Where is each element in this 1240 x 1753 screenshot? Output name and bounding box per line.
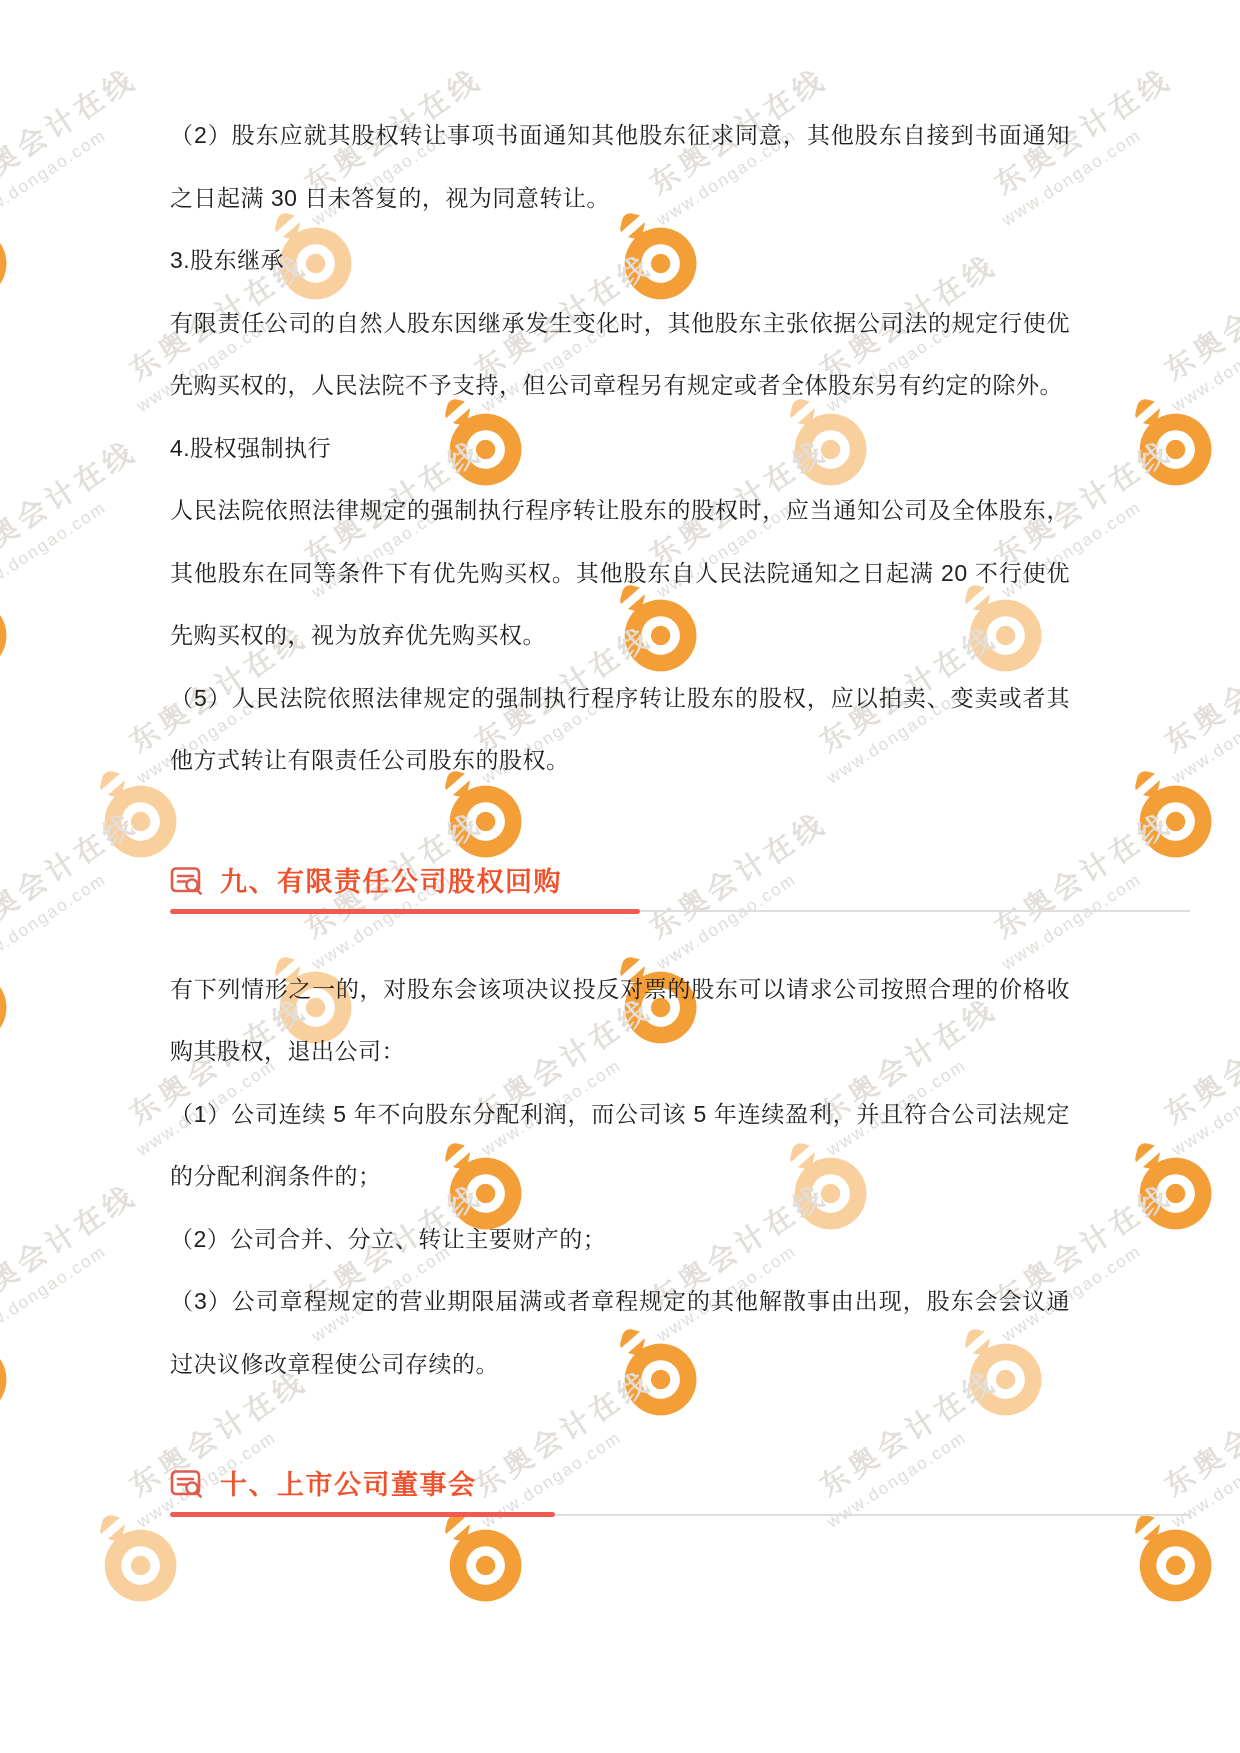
section-heading: 九、有限责任公司股权回购 <box>170 864 1070 914</box>
paragraph: （2）股东应就其股权转让事项书面通知其他股东征求同意，其他股东自接到书面通知之日… <box>170 104 1070 229</box>
document-search-icon <box>170 1469 206 1501</box>
paragraph: 3.股东继承 <box>170 229 1070 292</box>
dongao-logo-icon <box>1125 1514 1217 1606</box>
paragraph: （3）公司章程规定的营业期限届满或者章程规定的其他解散事由出现，股东会会议通过决… <box>170 1270 1070 1395</box>
section-heading-label: 十、上市公司董事会 <box>220 1467 477 1503</box>
paragraph: 人民法院依照法律规定的强制执行程序转让股东的股权时，应当通知公司及全体股东，其他… <box>170 479 1070 667</box>
document-page: 东奥会计在线 www.dongao.com 东奥会计在线 www.dongao.… <box>0 0 1240 1753</box>
dongao-logo-icon <box>435 1514 527 1606</box>
document-search-icon <box>170 866 206 898</box>
paragraph: 有下列情形之一的，对股东会该项决议投反对票的股东可以请求公司按照合理的价格收购其… <box>170 958 1070 1083</box>
dongao-logo-icon <box>90 1514 182 1606</box>
paragraph: 有限责任公司的自然人股东因继承发生变化时，其他股东主张依据公司法的规定行使优先购… <box>170 292 1070 417</box>
paragraph: （2）公司合并、分立、转让主要财产的； <box>170 1208 1070 1271</box>
section-heading: 十、上市公司董事会 <box>170 1467 1070 1517</box>
document-content: （2）股东应就其股权转让事项书面通知其他股东征求同意，其他股东自接到书面通知之日… <box>0 0 1240 1517</box>
paragraph: （5）人民法院依照法律规定的强制执行程序转让股东的股权，应以拍卖、变卖或者其他方… <box>170 667 1070 792</box>
paragraph: （1）公司连续 5 年不向股东分配利润，而公司该 5 年连续盈利，并且符合公司法… <box>170 1083 1070 1208</box>
paragraph: 4.股权强制执行 <box>170 417 1070 480</box>
section-heading-label: 九、有限责任公司股权回购 <box>220 864 562 900</box>
